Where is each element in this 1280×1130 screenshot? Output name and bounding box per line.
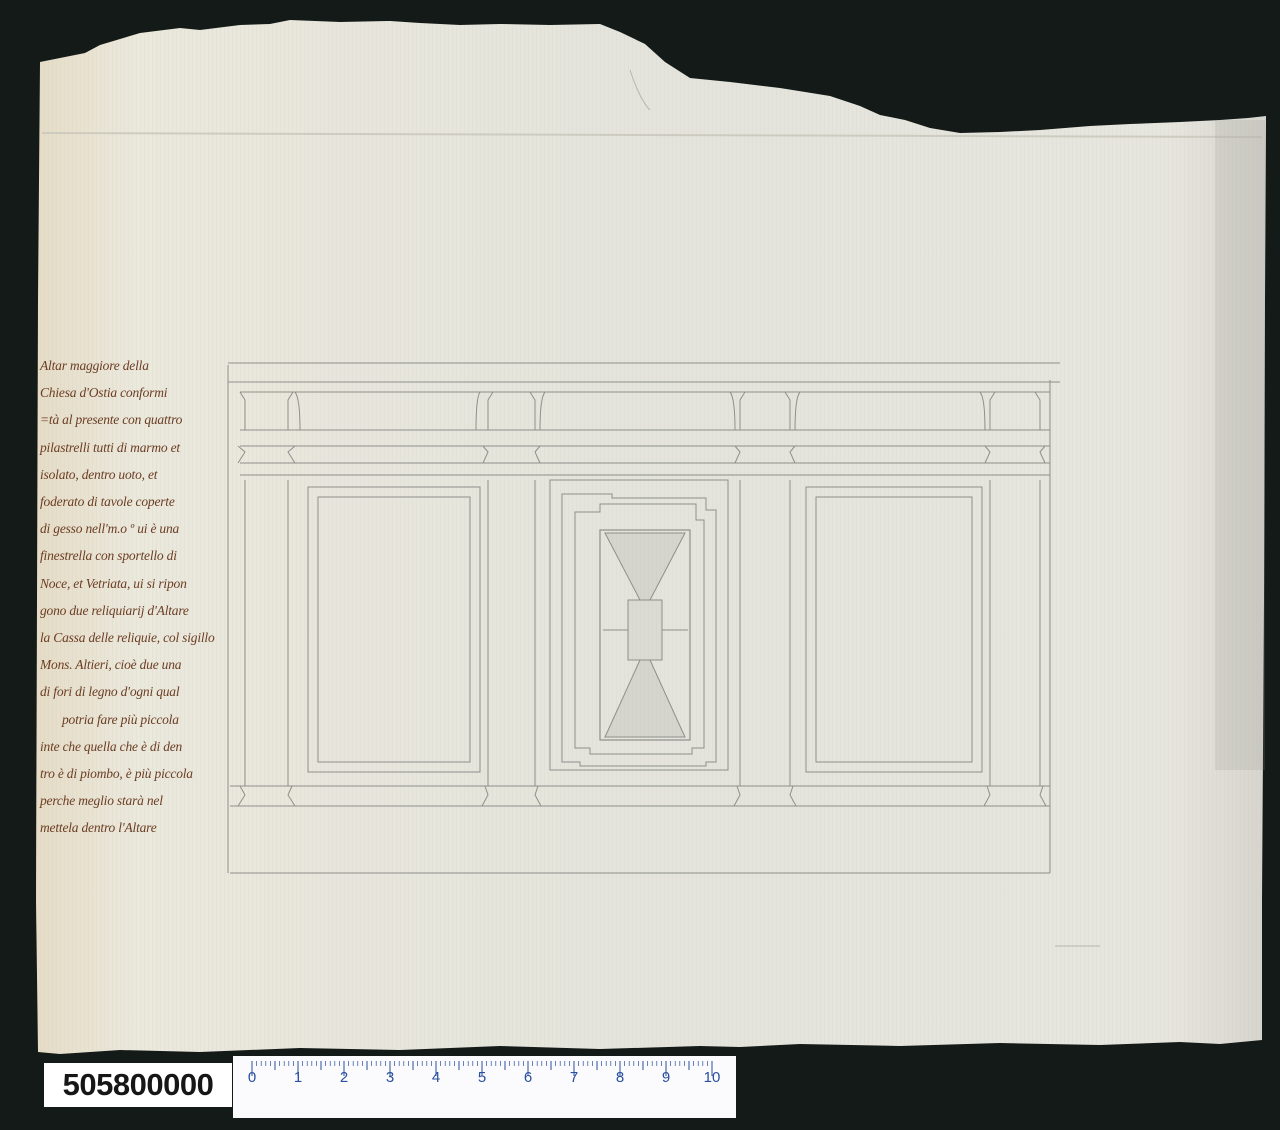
ruler-tick-label: 8 <box>616 1069 624 1086</box>
annotation-line: mettela dentro l'Altare <box>40 814 240 841</box>
ruler-tick-label: 9 <box>662 1069 670 1086</box>
ruler-tick-label: 0 <box>248 1069 256 1086</box>
annotation-line: perche meglio starà nel <box>40 787 240 814</box>
annotation-line: tro è di piombo, è più piccola <box>40 760 240 787</box>
annotation-line: isolato, dentro uoto, et <box>40 461 240 488</box>
ruler-tick-label: 10 <box>704 1069 721 1086</box>
scale-ruler: 0 1 2 3 4 5 6 7 8 9 10 <box>233 1056 736 1118</box>
annotation-line: potria fare più piccola <box>40 706 240 733</box>
document-scan: Altar maggiore della Chiesa d'Ostia conf… <box>0 0 1280 1130</box>
annotation-line: Mons. Altieri, cioè due una <box>40 651 240 678</box>
annotation-line: gono due reliquiarij d'Altare <box>40 597 240 624</box>
annotation-line: la Cassa delle reliquie, col sigillo <box>40 624 240 651</box>
annotation-line: pilastrelli tutti di marmo et <box>40 434 240 461</box>
ruler-tick-label: 7 <box>570 1069 578 1086</box>
ruler-tick-label: 2 <box>340 1069 348 1086</box>
ruler-tick-label: 1 <box>294 1069 302 1086</box>
annotation-line: Noce, et Vetriata, ui si ripon <box>40 570 240 597</box>
ruler-tick-label: 3 <box>386 1069 394 1086</box>
ruler-tick-label: 6 <box>524 1069 532 1086</box>
annotation-line: di gesso nell'm.o º ui è una <box>40 515 240 542</box>
annotation-line: inte che quella che è di den <box>40 733 240 760</box>
annotation-line: Altar maggiore della <box>40 352 240 379</box>
ruler-tick-label: 5 <box>478 1069 486 1086</box>
edge-stain <box>1215 120 1265 770</box>
annotation-line: Chiesa d'Ostia conformi <box>40 379 240 406</box>
handwritten-annotation: Altar maggiore della Chiesa d'Ostia conf… <box>40 352 240 842</box>
annotation-line: finestrella con sportello di <box>40 542 240 569</box>
catalog-number-label: 505800000 <box>44 1063 232 1107</box>
annotation-line: =tà al presente con quattro <box>40 406 240 433</box>
annotation-line: foderato di tavole coperte <box>40 488 240 515</box>
annotation-line: di fori di legno d'ogni qual <box>40 678 240 705</box>
ruler-tick-label: 4 <box>432 1069 440 1086</box>
